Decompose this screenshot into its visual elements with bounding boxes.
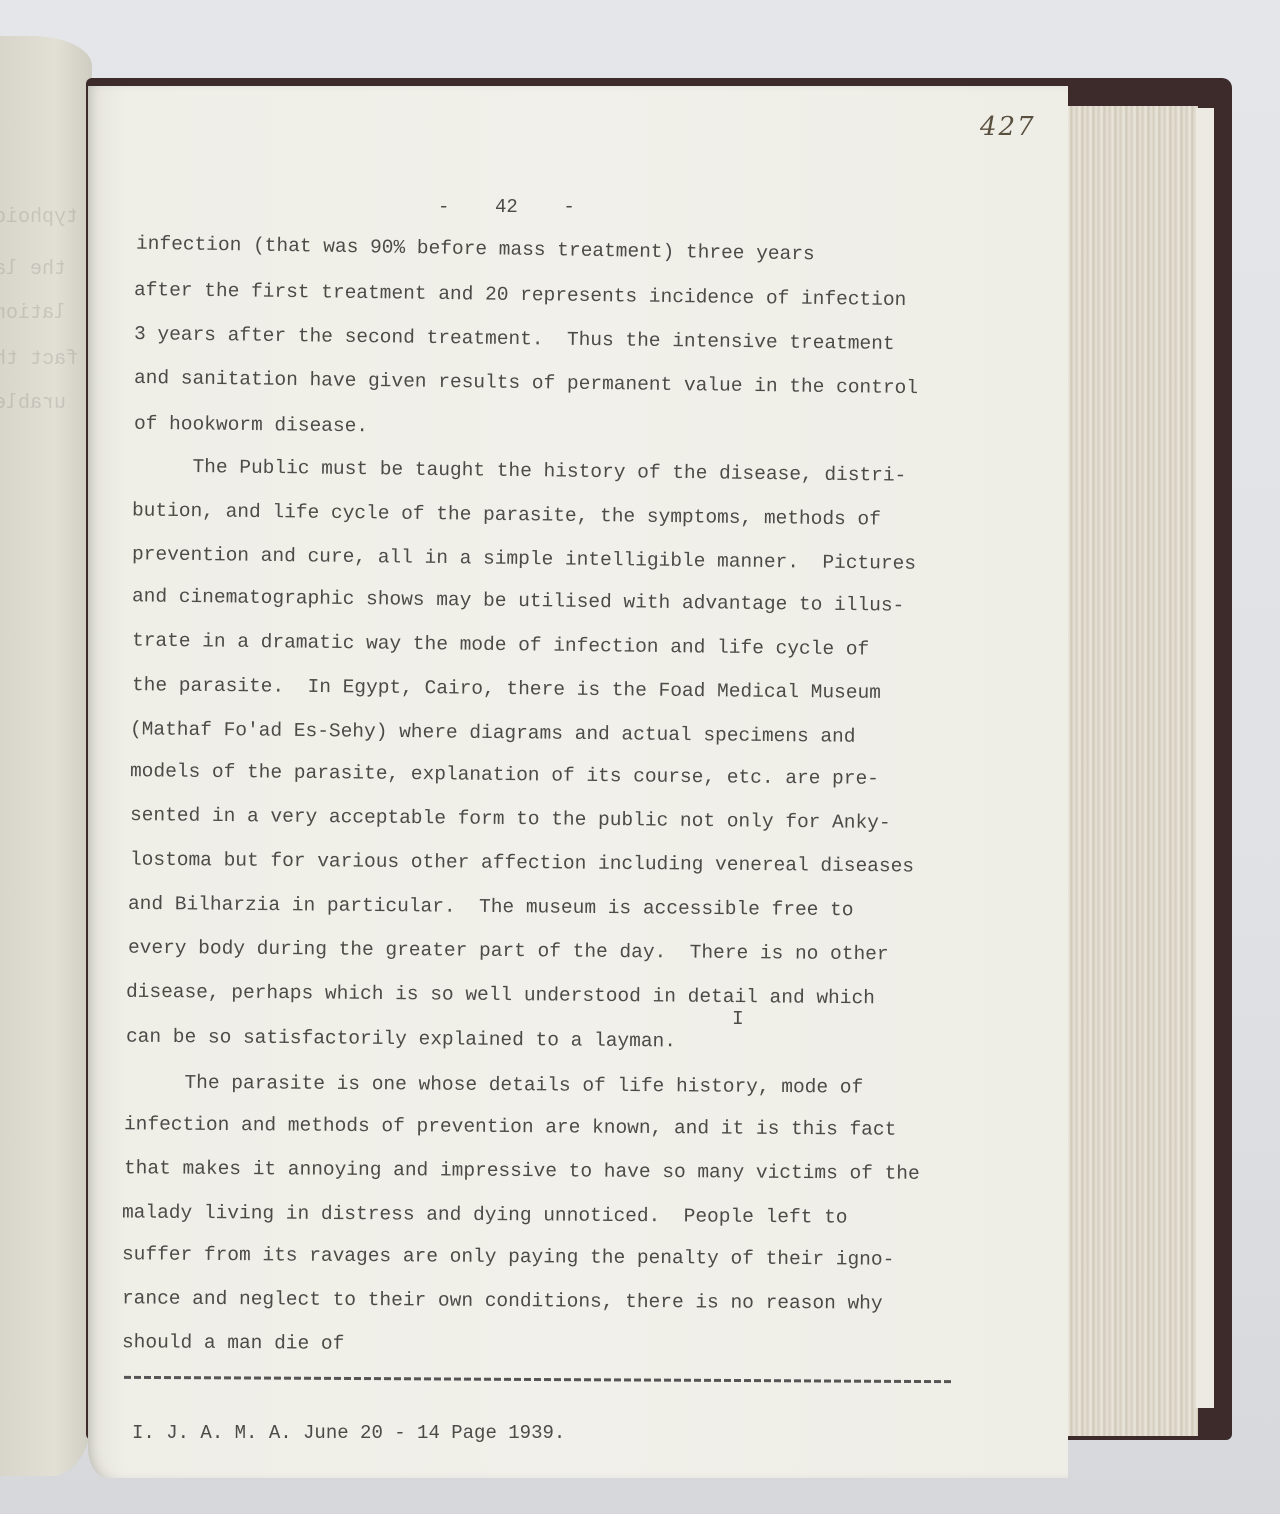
text-line: and cinematographic shows may be utilise… (132, 585, 905, 616)
text-line: rance and neglect to their own condition… (122, 1287, 883, 1314)
text-line: bution, and life cycle of the parasite, … (132, 499, 881, 530)
text-line: and Bilharzia in particular. The museum … (128, 893, 854, 921)
text-line: after the first treatment and 20 represe… (134, 279, 907, 311)
text-line: malady living in distress and dying unno… (122, 1201, 848, 1228)
footnote-citation: I. J. A. M. A. June 20 - 14 Page 1939. (132, 1422, 565, 1444)
text-line: every body during the greater part of th… (128, 937, 889, 966)
typed-body: - 42 - infection (that was 90% before ma… (0, 0, 1280, 1514)
text-line: of hookworm disease. (134, 413, 368, 437)
text-line: infection (that was 90% before mass trea… (136, 233, 815, 266)
text-line: disease, perhaps which is so well unders… (126, 981, 875, 1010)
text-line: The Public must be taught the history of… (134, 455, 907, 486)
text-line: suffer from its ravages are only paying … (122, 1243, 894, 1270)
text-line: lostoma but for various other affection … (130, 849, 914, 878)
text-line: infection and methods of prevention are … (124, 1113, 896, 1140)
stray-typed-mark: I (732, 1008, 744, 1030)
page-number: - 42 - (438, 196, 575, 218)
text-line: that makes it annoying and impressive to… (124, 1157, 920, 1185)
text-line: 3 years after the second treatment. Thus… (134, 323, 895, 355)
text-line: models of the parasite, explanation of i… (130, 760, 879, 790)
text-line: The parasite is one whose details of lif… (126, 1071, 863, 1098)
text-line: and sanitation have given results of per… (134, 367, 918, 399)
text-line: sented in a very acceptable form to the … (130, 804, 891, 834)
dashed-separator (124, 1376, 954, 1383)
text-line: (Mathaf Fo'ad Es-Sehy) where diagrams an… (130, 718, 856, 748)
text-line: should a man die of (122, 1331, 344, 1355)
text-line: prevention and cure, all in a simple int… (132, 543, 916, 575)
text-line: trate in a dramatic way the mode of infe… (132, 629, 869, 660)
text-line: can be so satisfactorily explained to a … (126, 1026, 676, 1053)
text-line: the parasite. In Egypt, Cairo, there is … (132, 674, 881, 704)
